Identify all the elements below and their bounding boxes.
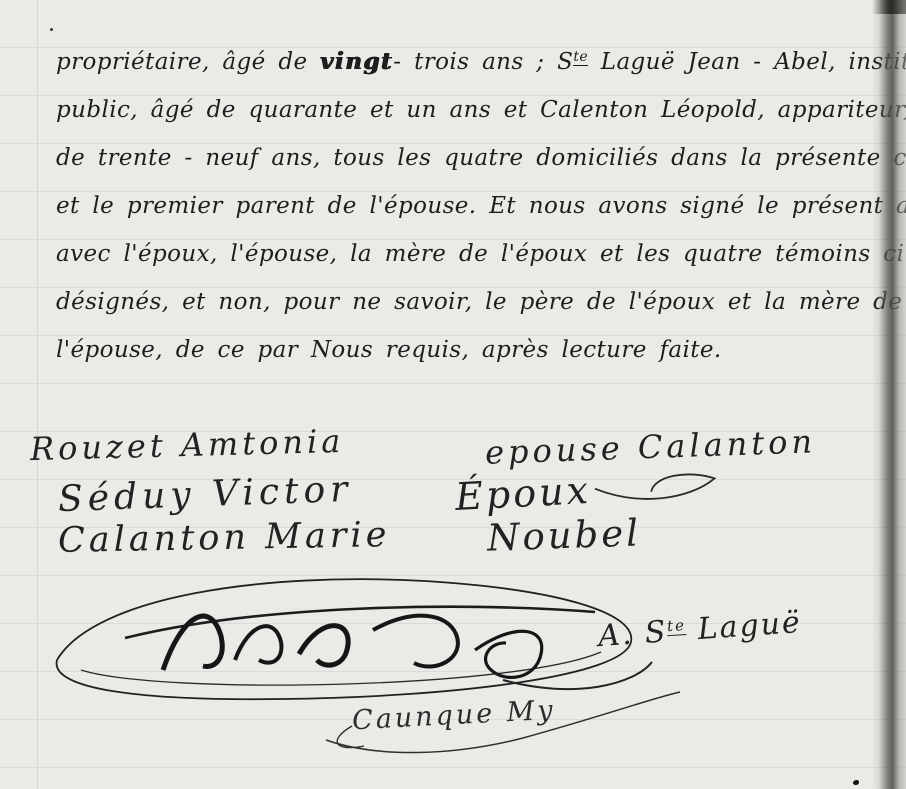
act-line-3: de trente - neuf ans, tous les quatre do… <box>56 134 906 182</box>
ink-speck <box>50 28 53 31</box>
line1-sup-base: S <box>557 49 573 75</box>
act-line-4: et le premier parent de l'épouse. Et nou… <box>56 182 906 230</box>
ink-blot <box>853 780 859 785</box>
act-line-1: propriétaire, âgé de vingt- trois ans ; … <box>56 38 906 86</box>
signature-noubel: Noubel <box>486 511 641 559</box>
epoux-flourish-stroke <box>592 468 724 509</box>
signature-calanton-marie: Calanton Marie <box>58 515 391 561</box>
signature-rouzet-antonia: Rouzet Amtonia <box>30 422 345 468</box>
paraph-flourish <box>35 568 660 713</box>
official-sup: te <box>666 616 686 636</box>
official-rest: Laguë <box>685 605 803 648</box>
scanned-register-page: propriétaire, âgé de vingt- trois ans ; … <box>0 0 906 789</box>
act-line-6: désignés, et non, pour ne savoir, le pèr… <box>56 278 906 326</box>
paraph-flourish-strokes <box>35 568 660 713</box>
act-text-block: propriétaire, âgé de vingt- trois ans ; … <box>56 38 906 374</box>
act-line-7: l'épouse, de ce par Nous requis, après l… <box>56 326 906 374</box>
line1-mid: - trois ans ; <box>393 49 557 75</box>
binding-gutter-dark-corner <box>872 0 906 14</box>
line1-pre: propriétaire, âgé de <box>56 49 320 75</box>
act-line-2: public, âgé de quarante et un ans et Cal… <box>56 86 906 134</box>
binding-gutter-shadow <box>872 0 906 789</box>
act-line-5: avec l'époux, l'épouse, la mère de l'épo… <box>56 230 906 278</box>
signature-seduy-victor: Séduy Victor <box>57 469 353 520</box>
signature-epoux-text: Époux <box>454 468 592 519</box>
line1-sup-raised: te <box>573 49 588 66</box>
line1-bold-word: vingt <box>320 48 393 75</box>
line1-post: Laguë Jean - Abel, instituteur <box>588 49 906 75</box>
